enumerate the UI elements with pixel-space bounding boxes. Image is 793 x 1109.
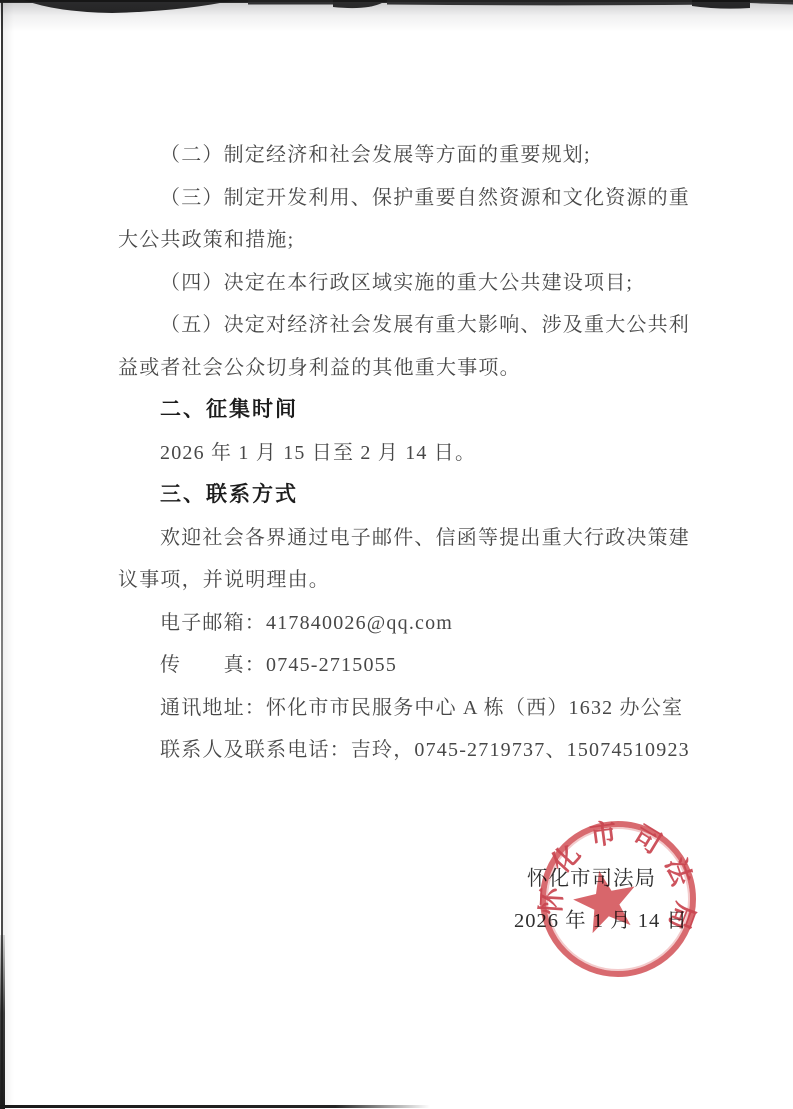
fax-line: 传 真：0745-2715055: [118, 644, 778, 687]
scanned-document-page: （二）制定经济和社会发展等方面的重要规划; （三）制定开发利用、保护重要自然资源…: [0, 0, 793, 1109]
signing-agency-name: 怀化市司法局: [514, 858, 688, 900]
contact-person-line: 联系人及联系电话：吉玲，0745-2719737、15074510923: [118, 729, 778, 772]
email-line: 电子邮箱：417840026@qq.com: [118, 602, 778, 645]
collection-period-line: 2026 年 1 月 15 日至 2 月 14 日。: [118, 432, 778, 475]
contact-intro-line-b: 议事项，并说明理由。: [118, 559, 778, 602]
clause-line-5b: 益或者社会公众切身利益的其他重大事项。: [118, 347, 778, 390]
clause-line-5a: （五）决定对经济社会发展有重大影响、涉及重大公共利: [118, 304, 778, 347]
clause-line-4: （四）决定在本行政区域实施的重大公共建设项目;: [118, 262, 778, 305]
section-heading-collection-time: 二、征集时间: [118, 389, 778, 432]
clause-line-3a: （三）制定开发利用、保护重要自然资源和文化资源的重: [118, 177, 778, 220]
contact-intro-line-a: 欢迎社会各界通过电子邮件、信函等提出重大行政决策建: [118, 517, 778, 560]
document-body: （二）制定经济和社会发展等方面的重要规划; （三）制定开发利用、保护重要自然资源…: [118, 134, 778, 772]
scan-artifact-bottom-edge: [0, 1105, 430, 1108]
address-line: 通讯地址：怀化市市民服务中心 A 栋（西）1632 办公室: [118, 687, 778, 730]
clause-line-2: （二）制定经济和社会发展等方面的重要规划;: [118, 134, 778, 177]
signature-date: 2026 年 1 月 14 日: [514, 900, 688, 942]
clause-line-3b: 大公共政策和措施;: [118, 219, 778, 262]
scan-artifact-left-bottom: [0, 935, 5, 1109]
section-heading-contact-method: 三、联系方式: [118, 474, 778, 517]
scan-shadow-top: [0, 2, 793, 32]
signature-block: 怀化市司法局 2026 年 1 月 14 日: [514, 858, 688, 942]
